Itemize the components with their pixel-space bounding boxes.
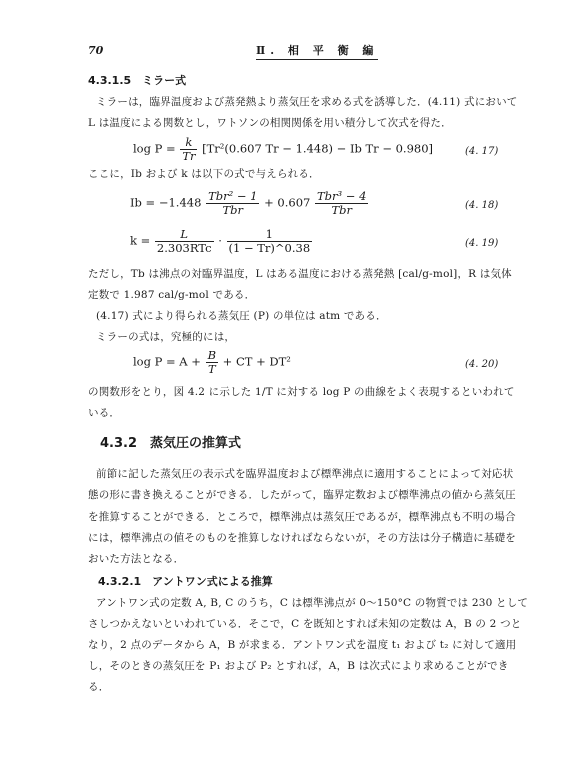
eq-rhs: [Tr²(0.607 Tr − 1.448) − Ib Tr − 0.980] bbox=[202, 142, 433, 156]
eq-dot: · bbox=[218, 234, 222, 248]
numerator: 1 bbox=[227, 228, 313, 242]
paragraph-line: (4.17) 式により得られる蒸気圧 (P) の単位は atm である． bbox=[96, 308, 387, 323]
paragraph-line: ミラーの式は，究極的には， bbox=[96, 329, 235, 344]
fraction: Tbr² − 1 Tbr bbox=[206, 190, 259, 217]
equation-4-19: k = L 2.303RTc · 1 (1 − Tr)^0.38 bbox=[130, 228, 313, 255]
denominator: (1 − Tr)^0.38 bbox=[227, 242, 313, 255]
numerator: Tbr² − 1 bbox=[206, 190, 259, 204]
eq-lhs: log P = A + bbox=[133, 355, 201, 369]
paragraph-line: ミラーは，臨界温度および蒸発熱より蒸気圧を求める式を誘導した．(4.11) 式に… bbox=[96, 94, 518, 109]
denominator: 2.303RTc bbox=[155, 242, 214, 255]
denominator: T bbox=[206, 363, 218, 376]
fraction: 1 (1 − Tr)^0.38 bbox=[227, 228, 313, 255]
equation-4-20: log P = A + B T + CT + DT² bbox=[133, 349, 291, 376]
eq-lhs: log P = bbox=[133, 142, 176, 156]
paragraph-line: さしつかえないといわれている．そこで，C を既知とすれば未知の定数は A，B の… bbox=[88, 616, 522, 631]
eq-mid: + 0.607 bbox=[264, 196, 310, 210]
fraction: L 2.303RTc bbox=[155, 228, 214, 255]
paragraph-line: 態の形に書き換えることができる．したがって，臨界定数および標準沸点の値から蒸気圧 bbox=[88, 487, 516, 502]
equation-number: (4. 19) bbox=[465, 238, 498, 249]
equation-number: (4. 20) bbox=[465, 359, 498, 370]
numerator: B bbox=[206, 349, 218, 363]
paragraph-line: の関数形をとり，図 4.2 に示した 1/T に対する log P の曲線をよく… bbox=[88, 384, 515, 399]
denominator: Tbr bbox=[315, 204, 368, 217]
paragraph-line: には，標準沸点の値そのものを推算しなければならないが，その方法は分子構造に基礎を bbox=[88, 530, 516, 545]
denominator: Tr bbox=[180, 150, 197, 163]
fraction: B T bbox=[206, 349, 218, 376]
numerator: L bbox=[155, 228, 214, 242]
section-heading-4-3-1-5: 4.3.1.5 ミラー式 bbox=[88, 72, 186, 88]
equation-number: (4. 18) bbox=[465, 200, 498, 211]
paragraph-line: なり，2 点のデータから A，B が求まる．アントワン式を温度 t₁ および t… bbox=[88, 637, 516, 652]
paragraph-line: ここに，Ib および k は以下の式で与えられる． bbox=[88, 166, 320, 181]
numerator: k bbox=[180, 136, 197, 150]
running-head: Ⅱ. 相 平 衡 編 bbox=[256, 42, 378, 60]
eq-rhs: + CT + DT² bbox=[223, 355, 291, 369]
eq-lhs: k = bbox=[130, 234, 150, 248]
paragraph-line: 前節に記した蒸気圧の表示式を臨界温度および標準沸点に適用することによって対応状 bbox=[96, 466, 513, 481]
denominator: Tbr bbox=[206, 204, 259, 217]
equation-number: (4. 17) bbox=[465, 146, 498, 157]
paragraph-line: 定数で 1.987 cal/g-mol である． bbox=[88, 287, 255, 302]
paragraph-line: L は温度による関数とし，ワトソンの相関関係を用い積分して次式を得た． bbox=[88, 115, 452, 130]
paragraph-line: る． bbox=[88, 679, 109, 694]
document-page: 70 Ⅱ. 相 平 衡 編 4.3.1.5 ミラー式 ミラーは，臨界温度および蒸… bbox=[0, 0, 566, 773]
paragraph-line: を推算することができる．ところで，標準沸点は蒸気圧であるが，標準沸点も不明の場合 bbox=[88, 509, 516, 524]
paragraph-line: し，そのときの蒸気圧を P₁ および P₂ とすれば，A，B は次式により求める… bbox=[88, 658, 509, 673]
numerator: Tbr³ − 4 bbox=[315, 190, 368, 204]
page-number: 70 bbox=[88, 44, 103, 57]
paragraph-line: アントワン式の定数 A, B, C のうち，C は標準沸点が 0〜150°C の… bbox=[96, 595, 528, 610]
section-heading-4-3-2-1: 4.3.2.1 アントワン式による推算 bbox=[98, 573, 273, 589]
fraction: k Tr bbox=[180, 136, 197, 163]
paragraph-line: いる． bbox=[88, 405, 120, 420]
fraction: Tbr³ − 4 Tbr bbox=[315, 190, 368, 217]
section-heading-4-3-2: 4.3.2 蒸気圧の推算式 bbox=[100, 432, 241, 451]
eq-lhs: Ib = −1.448 bbox=[130, 196, 201, 210]
paragraph-line: ただし，Tb は沸点の対臨界温度，L はある温度における蒸発熱 [cal/g-m… bbox=[88, 266, 512, 281]
equation-4-18: Ib = −1.448 Tbr² − 1 Tbr + 0.607 Tbr³ − … bbox=[130, 190, 369, 217]
equation-4-17: log P = k Tr [Tr²(0.607 Tr − 1.448) − Ib… bbox=[133, 136, 433, 163]
paragraph-line: おいた方法となる． bbox=[88, 551, 184, 566]
